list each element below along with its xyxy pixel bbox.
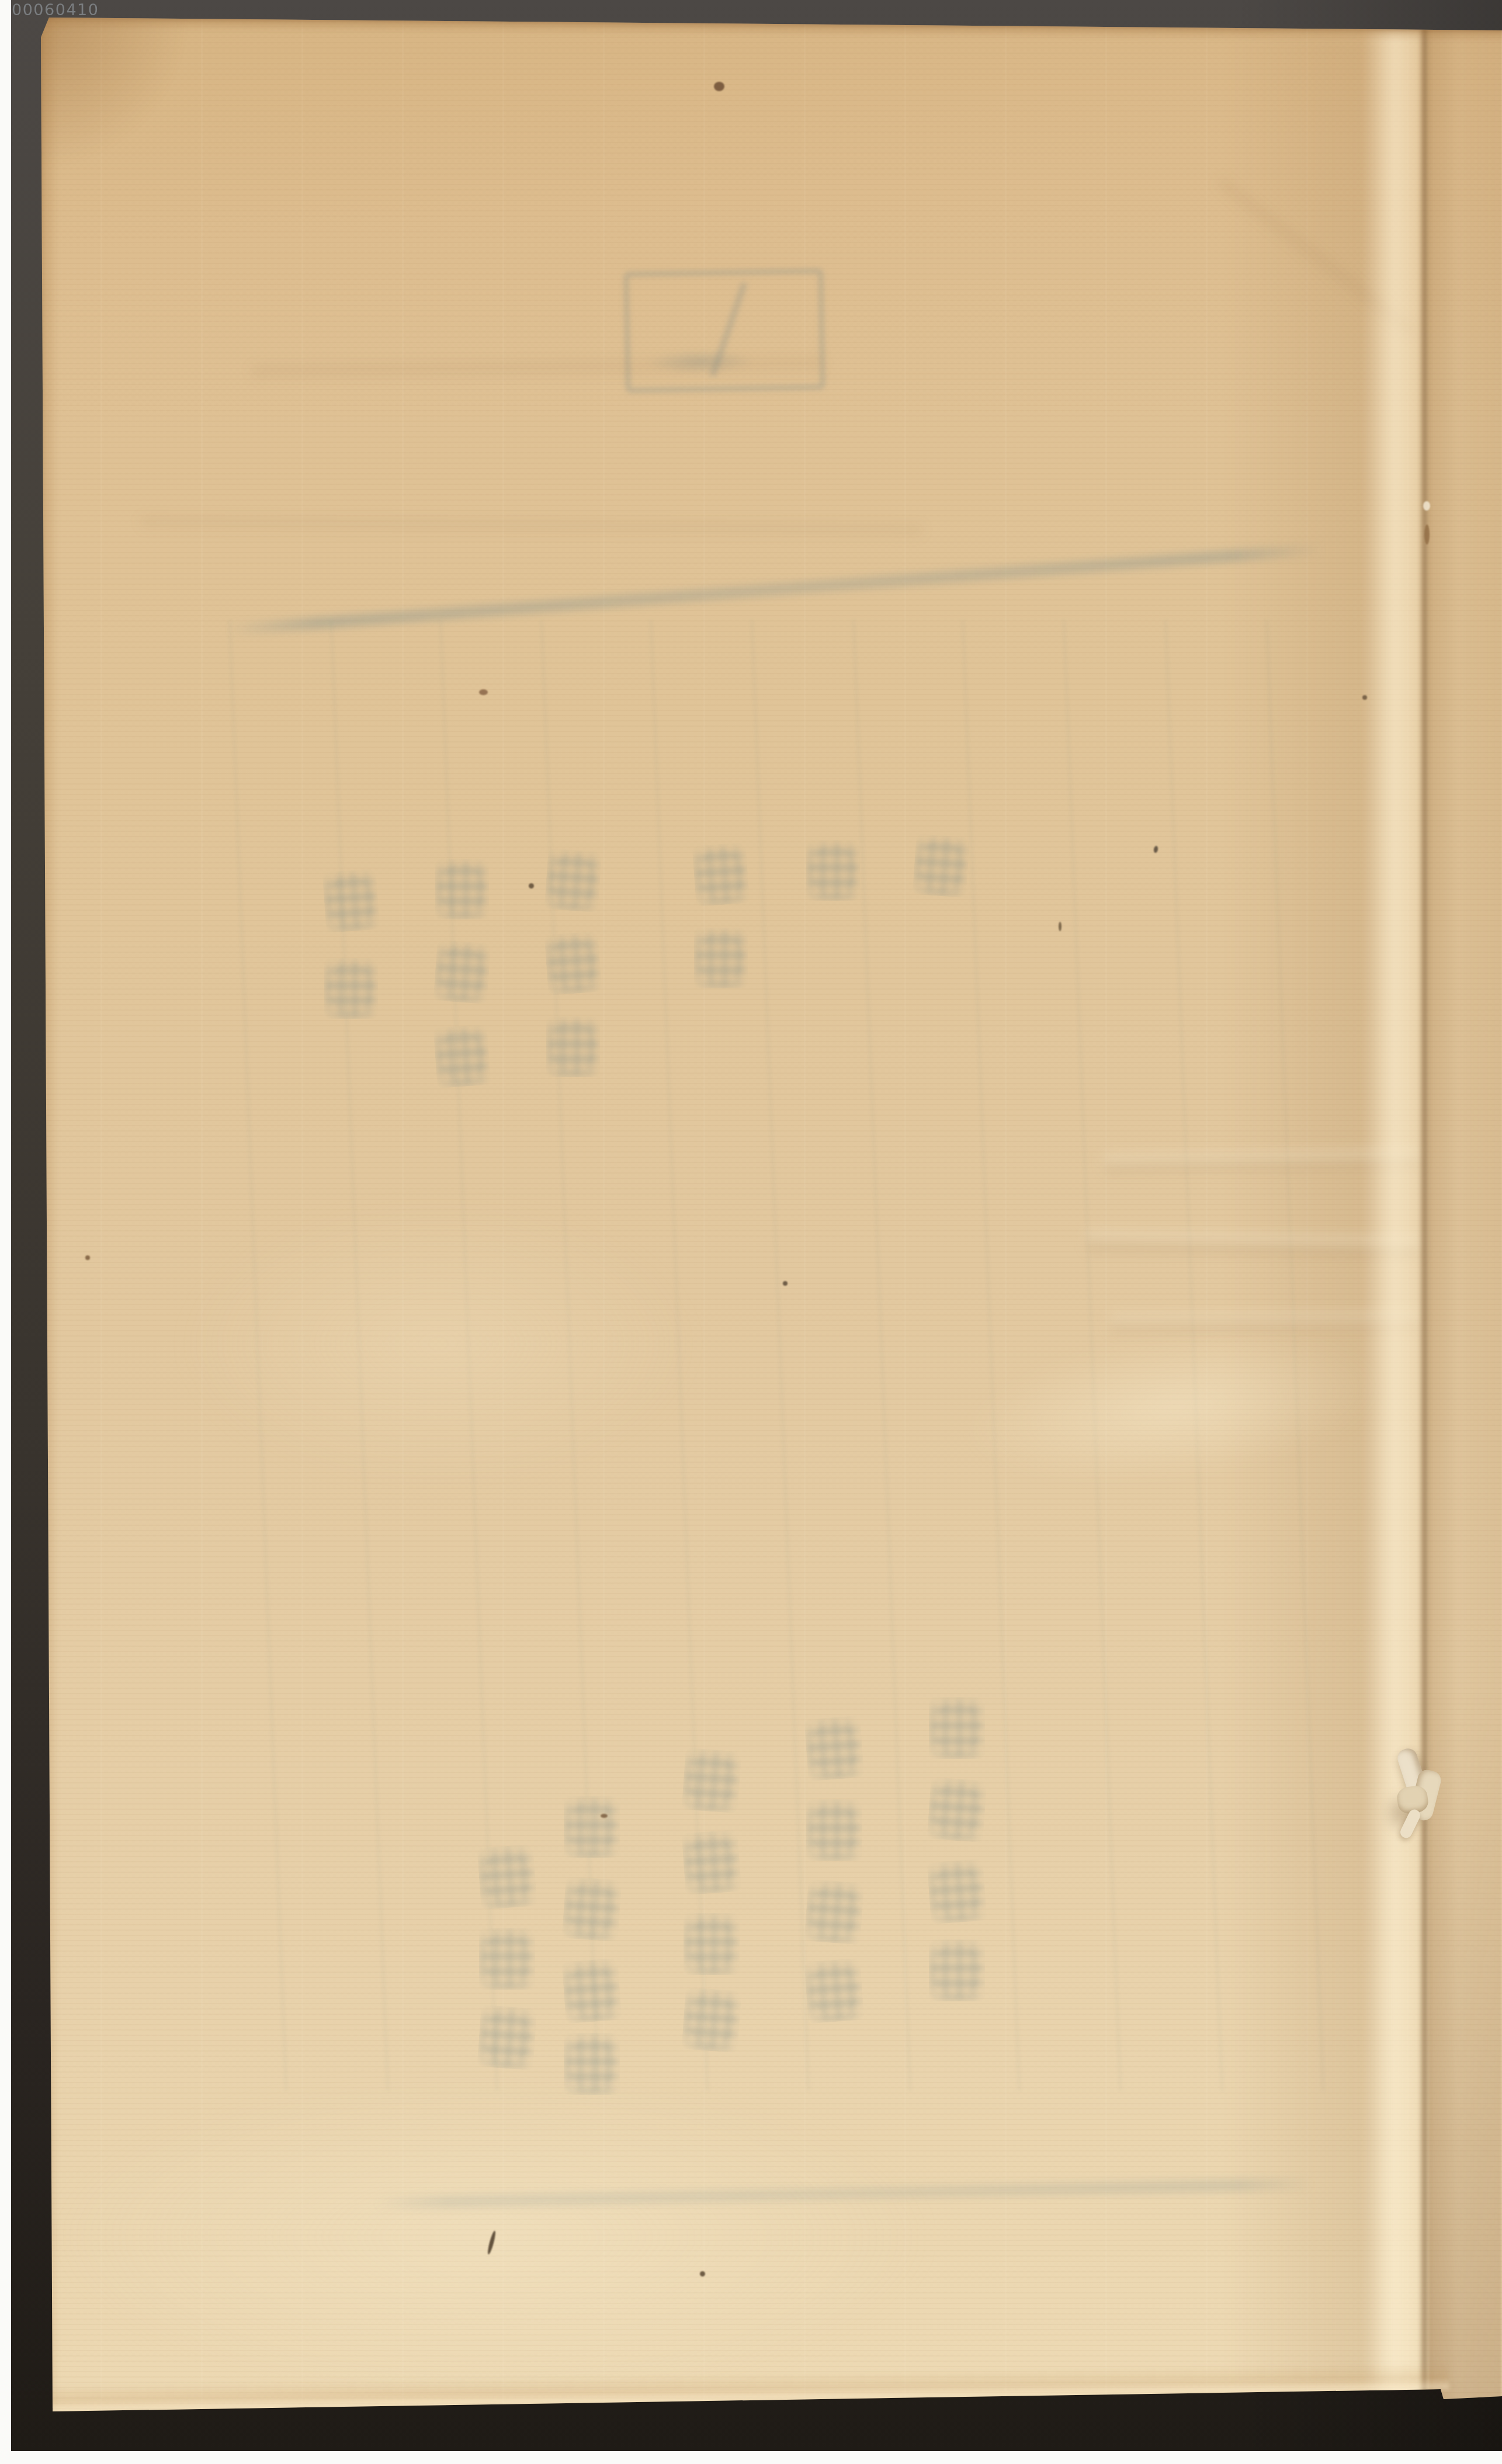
ghost-character-smudge bbox=[544, 848, 602, 912]
ghost-character-smudge bbox=[433, 940, 491, 1004]
ghost-character-smudge bbox=[804, 1716, 864, 1781]
ghost-character-smudge bbox=[806, 840, 860, 901]
ghost-column-rule bbox=[1165, 620, 1223, 2091]
ghost-character-smudge bbox=[681, 1748, 741, 1813]
ghost-character-smudge bbox=[477, 2005, 537, 2070]
ghost-character-smudge bbox=[322, 869, 380, 933]
ghost-character-smudge bbox=[433, 1024, 491, 1088]
gutter-fold-highlight bbox=[1361, 29, 1423, 2395]
paper-speck bbox=[1423, 501, 1430, 511]
digitization-id-watermark: 00060410 bbox=[12, 1, 99, 19]
ghost-character-smudge bbox=[692, 842, 750, 907]
ghost-character-smudge bbox=[546, 1016, 600, 1077]
ghost-character-smudge bbox=[806, 1799, 862, 1861]
paper-speck bbox=[1424, 525, 1430, 544]
ghost-column-rule bbox=[751, 620, 810, 2091]
ghost-character-smudge bbox=[564, 1796, 620, 1858]
paper-speck bbox=[479, 689, 488, 695]
scanned-book-photo: 00060410 bbox=[0, 0, 1502, 2464]
paper-speck bbox=[85, 1255, 90, 1260]
ghost-bleedthrough-layer bbox=[0, 0, 1502, 2464]
ghost-column-rule bbox=[541, 620, 599, 2091]
ghost-stamp-box bbox=[624, 269, 825, 393]
ghost-column-rule bbox=[1266, 620, 1324, 2091]
ghost-character-smudge bbox=[929, 1939, 985, 2001]
gutter-fold-crease bbox=[1420, 28, 1429, 2397]
ghost-character-smudge bbox=[561, 1958, 622, 2024]
paper-speck bbox=[714, 82, 724, 91]
ghost-character-smudge bbox=[681, 1987, 741, 2053]
ghost-column-rule bbox=[1063, 620, 1122, 2091]
scan-white-border-left bbox=[0, 0, 11, 2464]
ghost-frame-line-top bbox=[227, 543, 1323, 636]
paper-speck bbox=[601, 1814, 608, 1818]
ghost-character-smudge bbox=[544, 931, 602, 995]
ghost-character-smudge bbox=[804, 1958, 864, 2024]
ghost-column-rule bbox=[229, 620, 287, 2091]
ghost-character-smudge bbox=[927, 1859, 987, 1924]
ghost-column-rule bbox=[853, 620, 911, 2091]
ghost-column-rule bbox=[331, 620, 389, 2091]
ghost-character-smudge bbox=[564, 2033, 620, 2095]
ghost-character-smudge bbox=[435, 859, 489, 919]
ghost-character-smudge bbox=[479, 1928, 535, 1990]
ghost-character-smudge bbox=[694, 928, 748, 988]
ghost-character-smudge bbox=[929, 1697, 985, 1759]
book-page bbox=[0, 0, 1502, 2464]
paper-speck bbox=[1059, 922, 1062, 931]
ghost-character-smudge bbox=[684, 1913, 740, 1975]
ghost-character-smudge bbox=[927, 1777, 987, 1842]
ghost-character-smudge bbox=[324, 958, 378, 1019]
paper-speck bbox=[783, 1281, 788, 1286]
paper-speck bbox=[529, 883, 534, 889]
ghost-character-smudge bbox=[912, 834, 970, 898]
ghost-character-smudge bbox=[681, 1830, 741, 1895]
ghost-character-smudge bbox=[804, 1879, 864, 1945]
adjacent-page-strip bbox=[1429, 27, 1502, 2400]
ghost-character-smudge bbox=[477, 1844, 537, 1910]
scan-white-border-bottom bbox=[0, 2451, 1502, 2464]
paper-speck bbox=[1362, 695, 1367, 700]
ghost-character-smudge bbox=[561, 1876, 622, 1942]
ghost-frame-line-bottom bbox=[374, 2178, 1314, 2209]
paper-speck bbox=[700, 2271, 705, 2276]
